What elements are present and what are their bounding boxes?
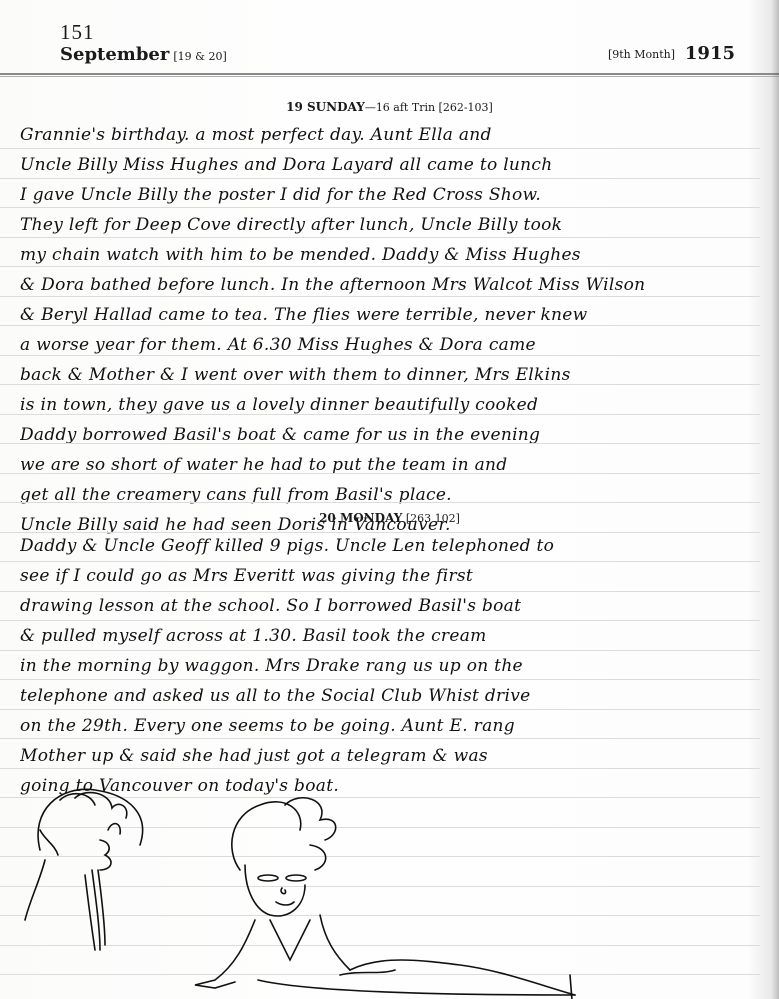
entry-line: Uncle Billy Miss Hughes and Dora Layard … [20, 150, 760, 180]
header-divider [0, 73, 779, 77]
ruled-line [0, 502, 760, 503]
entry-line: They left for Deep Cove directly after l… [20, 210, 760, 240]
ruled-line [0, 591, 760, 592]
ruled-line [0, 325, 760, 326]
diary-entry-monday: Daddy & Uncle Geoff killed 9 pigs. Uncle… [20, 531, 760, 801]
ruled-line [0, 296, 760, 297]
ruled-line [0, 443, 760, 444]
ruled-line [0, 709, 760, 710]
diary-page: 151 September[19 & 20] [9th Month] 1915 … [0, 0, 779, 999]
entry-line: see if I could go as Mrs Everitt was giv… [20, 561, 760, 591]
ruled-line [0, 414, 760, 415]
entry-line: is in town, they gave us a lovely dinner… [20, 390, 760, 420]
ruled-line [0, 178, 760, 179]
month-ordinal: [9th Month] [608, 48, 675, 61]
day-name: 20 MONDAY [319, 511, 402, 525]
ruled-line [0, 355, 760, 356]
ruled-line [0, 738, 760, 739]
ruled-line [0, 768, 760, 769]
entry-line: Mother up & said she had just got a tele… [20, 741, 760, 771]
month-name: September [60, 44, 169, 65]
ruled-line [0, 650, 760, 651]
ruled-line [0, 473, 760, 474]
entry-line: Grannie's birthday. a most perfect day. … [20, 120, 760, 150]
sketch-reclining-girl [195, 798, 575, 999]
ruled-line [0, 266, 760, 267]
entry-line: I gave Uncle Billy the poster I did for … [20, 180, 760, 210]
entry-line: on the 29th. Every one seems to be going… [20, 711, 760, 741]
day-name: 19 SUNDAY [286, 100, 365, 114]
entry-line: drawing lesson at the school. So I borro… [20, 591, 760, 621]
ruled-line [0, 384, 760, 385]
ruled-line [0, 148, 760, 149]
month-title: September[19 & 20] [60, 44, 227, 65]
entry-line: Daddy & Uncle Geoff killed 9 pigs. Uncle… [20, 531, 760, 561]
entry-line: in the morning by waggon. Mrs Drake rang… [20, 651, 760, 681]
page-number: 151 [60, 20, 95, 45]
ruled-line [0, 561, 760, 562]
month-days: [19 & 20] [173, 50, 226, 63]
day-note: —16 aft Trin [262-103] [365, 101, 493, 114]
entry-line: & pulled myself across at 1.30. Basil to… [20, 621, 760, 651]
entry-line: get all the creamery cans full from Basi… [20, 480, 760, 510]
ruled-line [0, 532, 760, 533]
year: 1915 [685, 43, 735, 64]
ruled-line [0, 679, 760, 680]
ruled-line [0, 207, 760, 208]
ruled-line [0, 620, 760, 621]
entry-line: Daddy borrowed Basil's boat & came for u… [20, 420, 760, 450]
entry-line: telephone and asked us all to the Social… [20, 681, 760, 711]
sketches [0, 770, 779, 999]
day-heading-sunday: 19 SUNDAY—16 aft Trin [262-103] [0, 100, 779, 114]
page-edge [771, 0, 779, 999]
diary-entry-sunday: Grannie's birthday. a most perfect day. … [20, 120, 760, 540]
sketch-woman-profile [25, 789, 143, 950]
entry-line: back & Mother & I went over with them to… [20, 360, 760, 390]
day-note: [263 102] [406, 512, 460, 525]
entry-line: we are so short of water he had to put t… [20, 450, 760, 480]
day-heading-monday: 20 MONDAY [263 102] [0, 511, 779, 525]
ruled-line [0, 237, 760, 238]
